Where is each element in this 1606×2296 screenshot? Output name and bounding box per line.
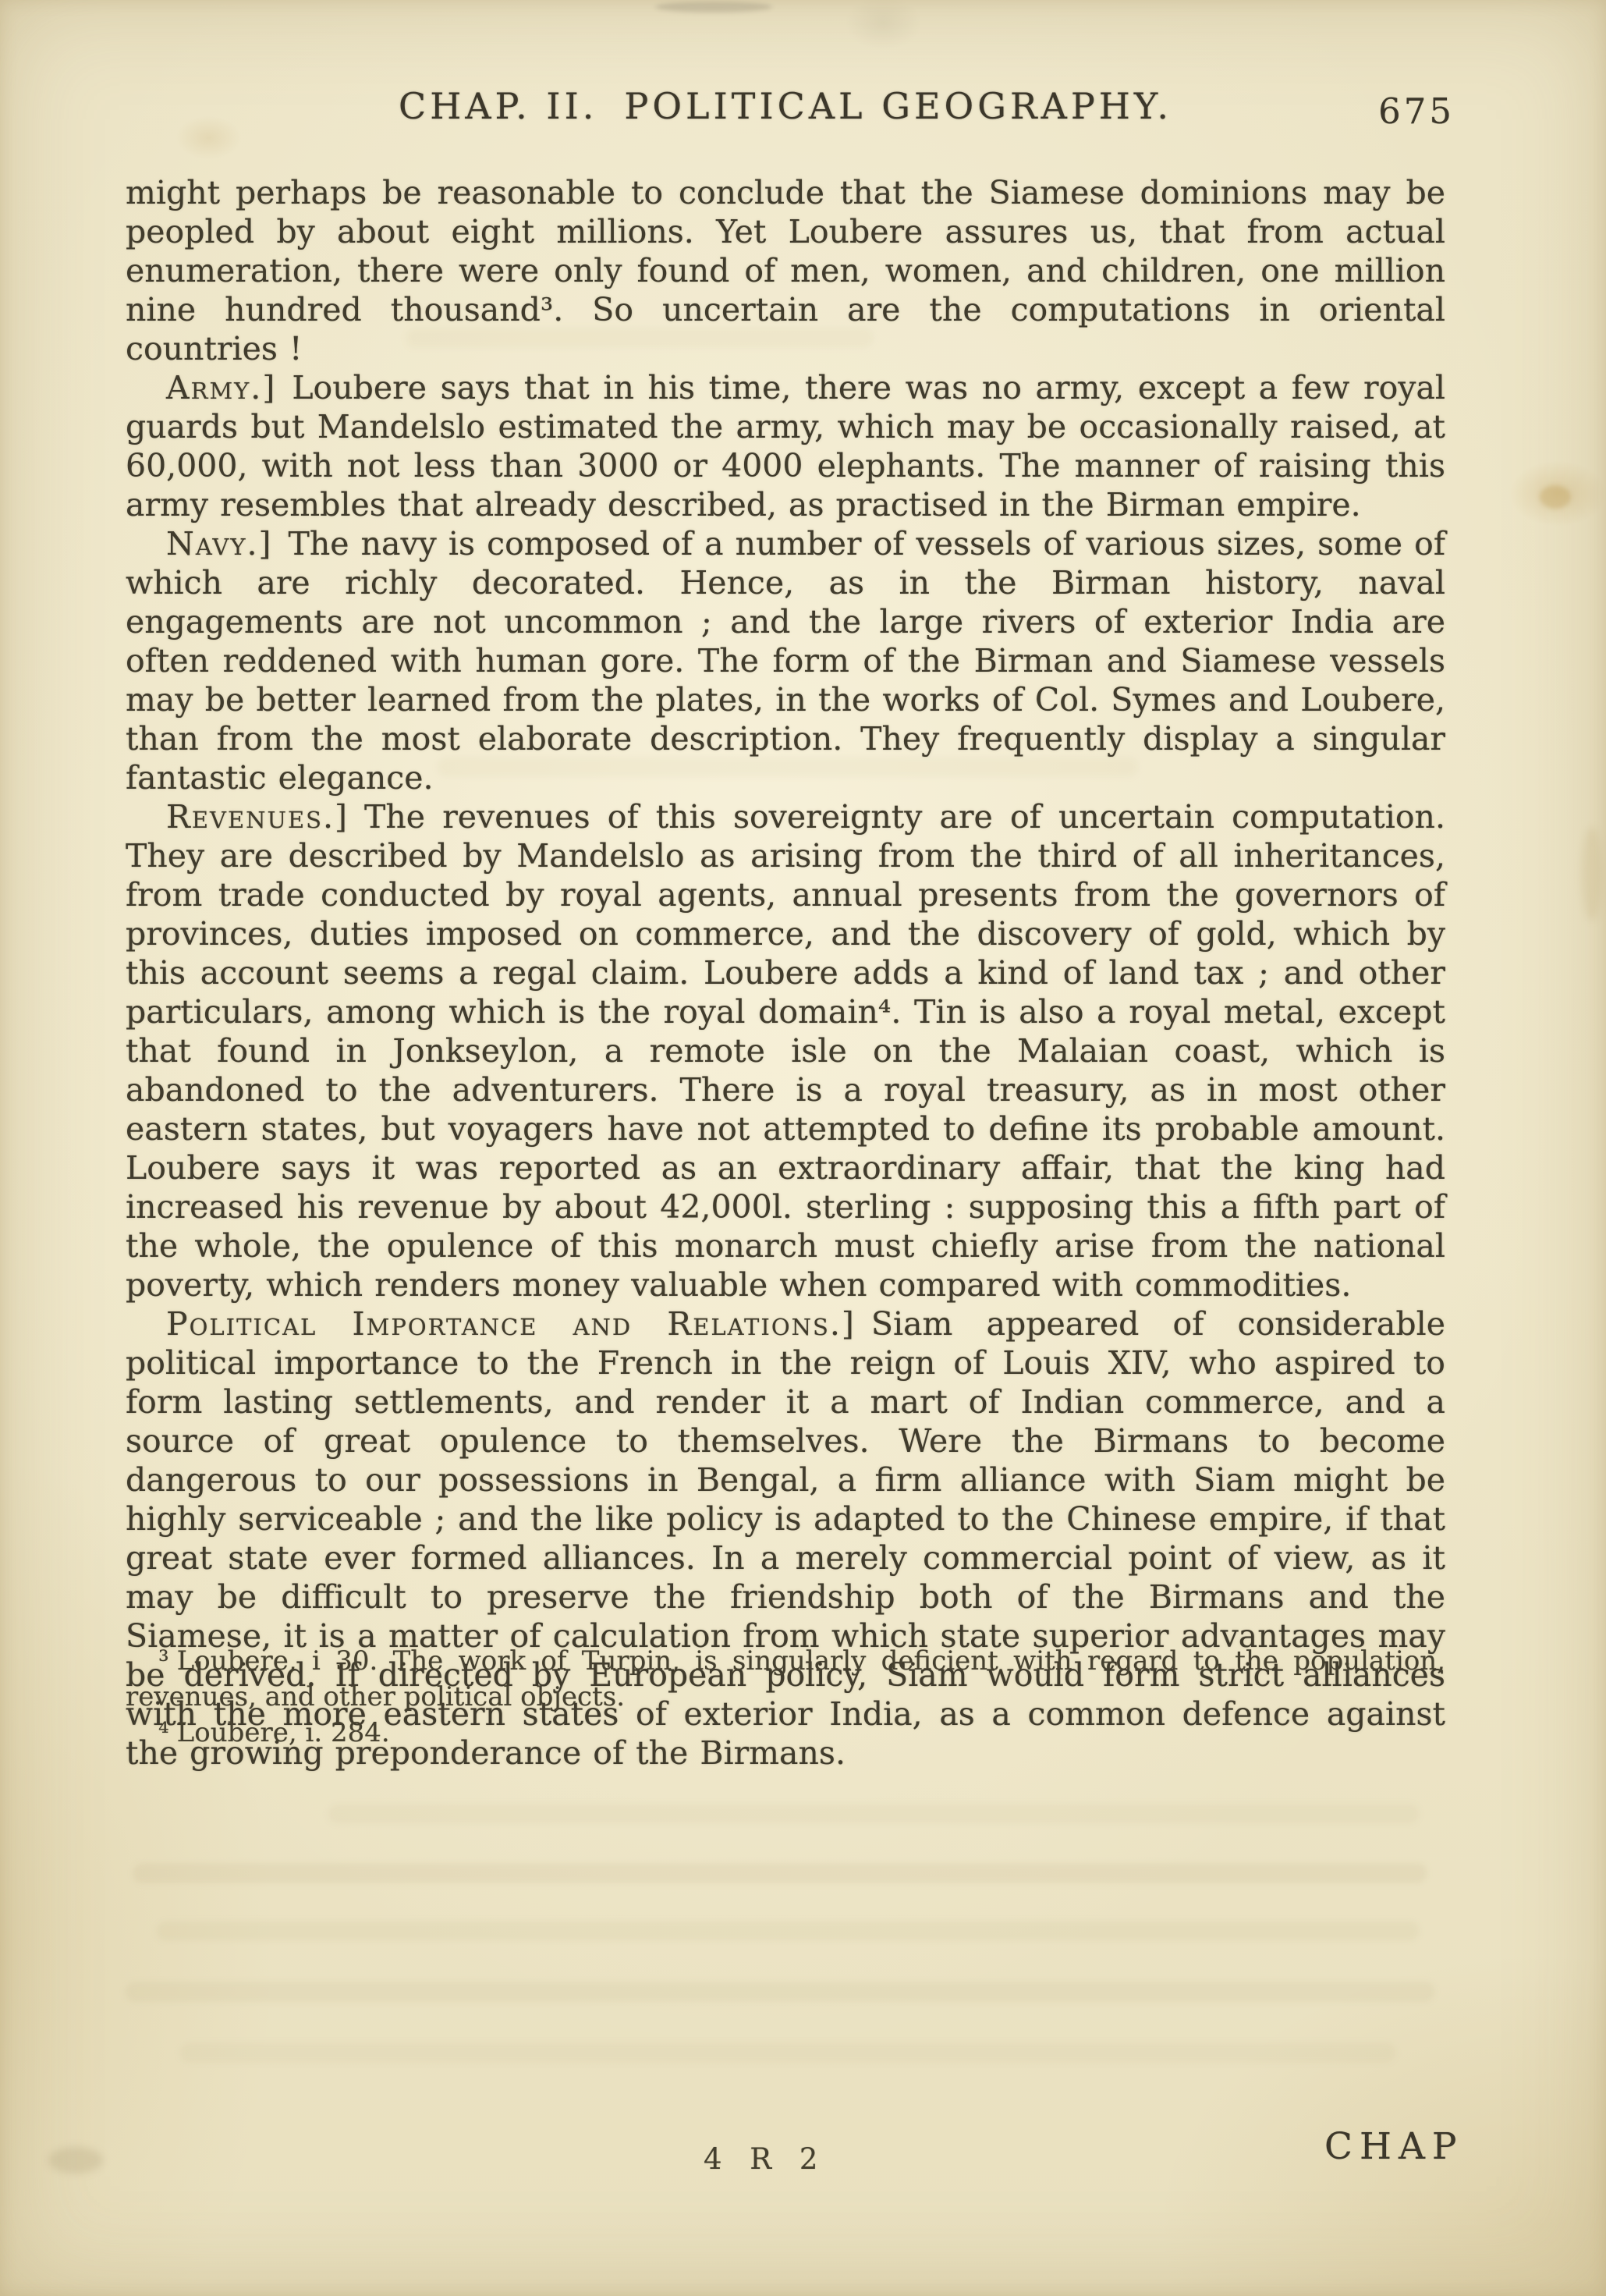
bleed-through-line bbox=[125, 1982, 1436, 2002]
chapter-label: CHAP. II. bbox=[399, 85, 597, 127]
paragraph: Navy.]The navy is composed of a number o… bbox=[126, 524, 1445, 797]
paragraph-lead: Political Importance and Relations.] bbox=[166, 1305, 856, 1343]
footnote-marker: ⁴ bbox=[158, 1717, 169, 1748]
paper-stain bbox=[1582, 827, 1602, 921]
paragraph: Army.]Loubere says that in his time, the… bbox=[126, 368, 1445, 524]
book-page: CHAP. II.POLITICAL GEOGRAPHY. 675 might … bbox=[0, 0, 1606, 2296]
paragraph-text: Loubere says that in his time, there was… bbox=[126, 369, 1445, 523]
footnote-text: Loubere, i 30. The work of Turpin, is si… bbox=[126, 1645, 1445, 1712]
footnotes: ³Loubere, i 30. The work of Turpin, is s… bbox=[126, 1643, 1445, 1751]
paper-smudge bbox=[48, 2147, 103, 2174]
section-title: POLITICAL GEOGRAPHY. bbox=[624, 85, 1172, 127]
paragraph: might perhaps be reasonable to conclude … bbox=[126, 173, 1445, 368]
bleed-through-line bbox=[179, 2042, 1397, 2063]
paragraph-lead: Navy.] bbox=[166, 525, 273, 562]
paragraph-text: The revenues of this sovereignty are of … bbox=[126, 798, 1445, 1304]
bleed-through-line bbox=[133, 1863, 1428, 1883]
page-number: 675 bbox=[1378, 90, 1455, 132]
catchword: CHAP bbox=[1324, 2125, 1464, 2168]
footnote: ³Loubere, i 30. The work of Turpin, is s… bbox=[126, 1643, 1445, 1715]
paragraph: Revenues.]The revenues of this sovereign… bbox=[126, 797, 1445, 1304]
paper-stain bbox=[1540, 485, 1571, 509]
paragraph-lead: Revenues.] bbox=[166, 798, 349, 836]
bleed-through-line bbox=[328, 1804, 1420, 1824]
running-title: CHAP. II.POLITICAL GEOGRAPHY. bbox=[126, 84, 1445, 128]
signature-mark: 4 R 2 bbox=[704, 2142, 827, 2176]
footnote: ⁴Loubere, i. 284. bbox=[126, 1715, 1445, 1751]
scan-edge-mark bbox=[655, 2, 772, 12]
page-body: might perhaps be reasonable to conclude … bbox=[126, 173, 1445, 1773]
bleed-through-line bbox=[156, 1921, 1420, 1941]
paragraph-text: The navy is composed of a number of vess… bbox=[126, 525, 1445, 797]
footnote-marker: ³ bbox=[158, 1645, 169, 1677]
page-header: CHAP. II.POLITICAL GEOGRAPHY. 675 bbox=[126, 84, 1445, 134]
paragraph-text: might perhaps be reasonable to conclude … bbox=[126, 174, 1445, 367]
paragraph-lead: Army.] bbox=[166, 369, 276, 406]
footnote-text: Loubere, i. 284. bbox=[177, 1717, 390, 1748]
